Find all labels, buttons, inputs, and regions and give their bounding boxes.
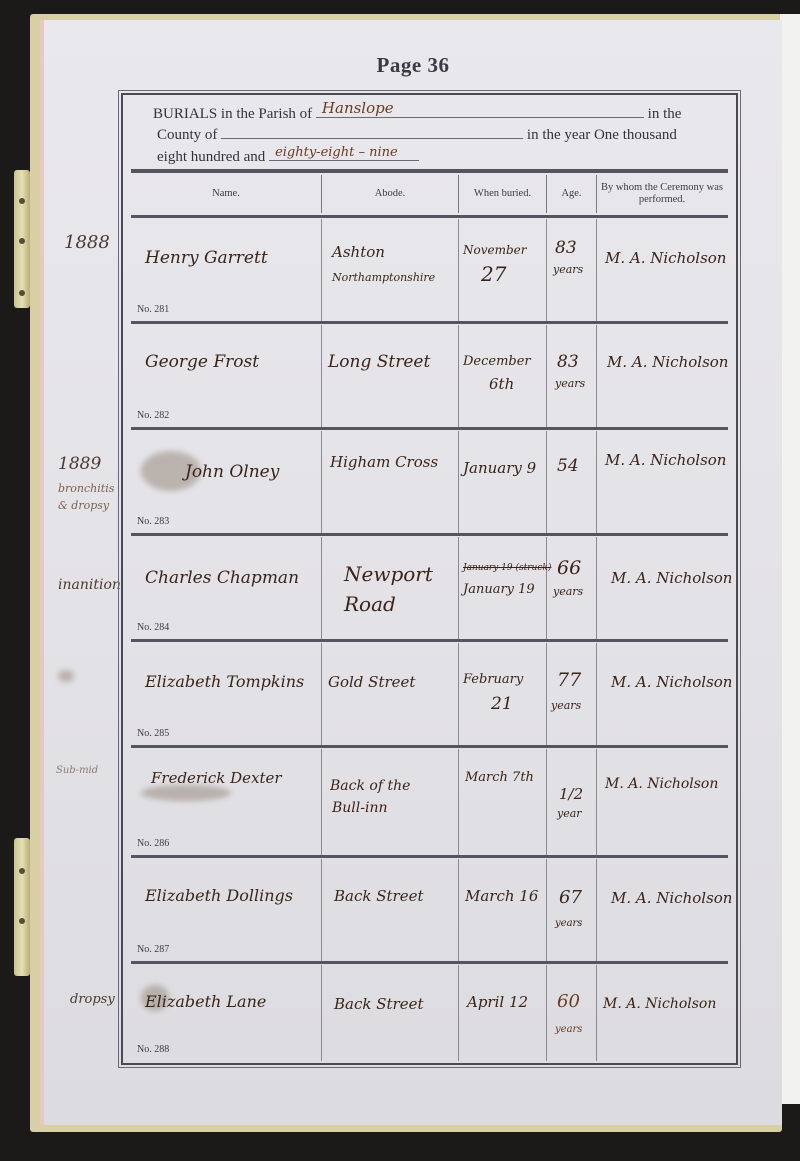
- age-cell: 83 years: [547, 219, 597, 321]
- officiant: M. A. Nicholson: [611, 567, 732, 589]
- age-cell: 54: [547, 431, 597, 533]
- age-cell: 77 years: [547, 643, 597, 745]
- abode-line1: Back of the: [330, 775, 410, 797]
- date-line1: January 9: [463, 457, 536, 479]
- binding-tab-upper: [14, 170, 30, 308]
- when-buried-cell: January 19 (struck) January 19: [459, 537, 547, 639]
- officiant: M. A. Nicholson: [605, 449, 726, 471]
- date-line2: January 19: [463, 579, 535, 601]
- entry-row-281: Henry Garrett No. 281 Ashton Northampton…: [123, 215, 736, 321]
- entry-name: Frederick Dexter: [151, 767, 282, 789]
- name-cell: Frederick Dexter No. 286: [131, 749, 322, 855]
- entry-row-282: George Frost No. 282 Long Street Decembe…: [123, 321, 736, 427]
- age-cell: 60 years: [547, 965, 597, 1061]
- column-header-abode: Abode.: [322, 175, 459, 213]
- officiant: M. A. Nicholson: [605, 773, 718, 795]
- age-line2: years: [555, 913, 582, 935]
- year-field: eighty-eight – nine: [269, 144, 419, 161]
- entry-name: Elizabeth Tompkins: [145, 671, 304, 693]
- abode-cell: Long Street: [322, 325, 459, 427]
- county-field: [221, 122, 523, 139]
- abode-cell: Back Street: [322, 965, 459, 1061]
- officiant-cell: M. A. Nicholson: [597, 325, 727, 427]
- age-line2: years: [553, 581, 583, 603]
- entry-number: No. 287: [137, 944, 169, 955]
- heading-rule: [131, 169, 728, 173]
- age-cell: 1/2 year: [547, 749, 597, 855]
- name-cell: Charles Chapman No. 284: [131, 537, 322, 639]
- date-line1-struck: January 19 (struck): [463, 557, 551, 579]
- when-buried-cell: March 7th: [459, 749, 547, 855]
- officiant: M. A. Nicholson: [605, 247, 726, 269]
- abode-cell: Newport Road: [322, 537, 459, 639]
- officiant-cell: M. A. Nicholson: [597, 537, 727, 639]
- age-cell: 83 years: [547, 325, 597, 427]
- register-heading: BURIALS in the Parish of Hanslope in the…: [123, 95, 736, 169]
- entry-number: No. 281: [137, 304, 169, 315]
- age-line2: years: [553, 259, 583, 281]
- abode-line1: Back Street: [334, 993, 423, 1015]
- date-line1: November: [463, 239, 527, 261]
- officiant-cell: M. A. Nicholson: [597, 749, 727, 855]
- abode-cell: Back of the Bull-inn: [322, 749, 459, 855]
- name-cell: Elizabeth Tompkins No. 285: [131, 643, 322, 745]
- heading-line2-prefix: County of: [157, 127, 217, 143]
- name-cell: Elizabeth Dollings No. 287: [131, 859, 322, 961]
- column-header-name: Name.: [131, 175, 322, 213]
- age-line1: 54: [557, 455, 579, 477]
- date-line2: 27: [481, 263, 506, 285]
- date-line1: March 7th: [465, 767, 534, 789]
- age-line1: 60: [557, 991, 580, 1013]
- entry-row-288: Elizabeth Lane No. 288 Back Street April…: [123, 961, 736, 1061]
- age-line1: 67: [559, 887, 582, 909]
- date-line2: 6th: [489, 373, 514, 395]
- name-cell: Henry Garrett No. 281: [131, 219, 322, 321]
- when-buried-cell: December 6th: [459, 325, 547, 427]
- entry-number: No. 288: [137, 1044, 169, 1055]
- abode-cell: Higham Cross: [322, 431, 459, 533]
- abode-line1: Newport: [344, 563, 433, 585]
- margin-blot: [58, 670, 74, 682]
- when-buried-cell: January 9: [459, 431, 547, 533]
- burial-register-table: BURIALS in the Parish of Hanslope in the…: [121, 93, 738, 1065]
- facing-page-edge: [780, 14, 800, 1104]
- entry-number: No. 284: [137, 622, 169, 633]
- heading-line2-suffix: in the year One thousand: [527, 127, 677, 143]
- column-header-officiant: By whom the Ceremony was performed.: [597, 175, 727, 213]
- age-line1: 66: [557, 557, 581, 579]
- age-line2: years: [555, 373, 585, 395]
- officiant-cell: M. A. Nicholson: [597, 643, 727, 745]
- abode-line2: Road: [344, 593, 396, 615]
- entry-number: No. 282: [137, 410, 169, 421]
- name-cell: George Frost No. 282: [131, 325, 322, 427]
- age-line2: years: [555, 1019, 582, 1041]
- entry-row-287: Elizabeth Dollings No. 287 Back Street M…: [123, 855, 736, 961]
- officiant: M. A. Nicholson: [607, 351, 728, 373]
- abode-line1: Higham Cross: [330, 451, 438, 473]
- officiant-cell: M. A. Nicholson: [597, 431, 727, 533]
- parish-field: Hanslope: [316, 101, 644, 118]
- entry-row-286: Frederick Dexter No. 286 Back of the Bul…: [123, 745, 736, 855]
- when-buried-cell: November 27: [459, 219, 547, 321]
- entry-number: No. 285: [137, 728, 169, 739]
- entry-number: No. 283: [137, 516, 169, 527]
- register-page: Page 36 1888 1889 bronchitis & dropsy in…: [40, 20, 782, 1125]
- abode-line2: Northamptonshire: [332, 267, 435, 289]
- entry-name: Elizabeth Lane: [145, 991, 266, 1013]
- abode-cell: Back Street: [322, 859, 459, 961]
- age-line1: 1/2: [559, 783, 583, 805]
- date-line1: March 16: [465, 885, 538, 907]
- entry-row-284: Charles Chapman No. 284 Newport Road Jan…: [123, 533, 736, 639]
- name-cell: Elizabeth Lane No. 288: [131, 965, 322, 1061]
- year-value: eighty-eight – nine: [275, 145, 398, 160]
- officiant: M. A. Nicholson: [611, 887, 732, 909]
- page-number: Page 36: [44, 53, 782, 78]
- entry-name: George Frost: [145, 351, 259, 373]
- entry-name: Elizabeth Dollings: [145, 885, 293, 907]
- age-line1: 77: [557, 669, 581, 691]
- margin-note-283-cause: bronchitis & dropsy: [58, 480, 120, 514]
- abode-cell: Gold Street: [322, 643, 459, 745]
- date-line1: February: [463, 669, 523, 691]
- age-line2: year: [557, 803, 582, 825]
- entry-name: Henry Garrett: [145, 247, 268, 269]
- when-buried-cell: March 16: [459, 859, 547, 961]
- date-line1: April 12: [467, 991, 528, 1013]
- abode-line1: Long Street: [328, 351, 430, 373]
- entry-name: John Olney: [185, 461, 279, 483]
- officiant-cell: M. A. Nicholson: [597, 859, 727, 961]
- heading-line1-suffix: in the: [648, 106, 682, 122]
- date-line1: December: [463, 351, 531, 373]
- entry-row-283: John Olney No. 283 Higham Cross January …: [123, 427, 736, 533]
- age-line1: 83: [555, 237, 577, 259]
- name-cell: John Olney No. 283: [131, 431, 322, 533]
- abode-line1: Gold Street: [328, 671, 415, 693]
- column-header-age: Age.: [547, 175, 597, 213]
- abode-cell: Ashton Northamptonshire: [322, 219, 459, 321]
- heading-line1-prefix: BURIALS in the Parish of: [153, 106, 312, 122]
- officiant: M. A. Nicholson: [603, 993, 716, 1015]
- heading-line3-prefix: eight hundred and: [157, 149, 265, 165]
- binding-tab-lower: [14, 838, 30, 976]
- age-cell: 66 years: [547, 537, 597, 639]
- abode-line1: Back Street: [334, 885, 423, 907]
- entry-number: No. 286: [137, 838, 169, 849]
- when-buried-cell: February 21: [459, 643, 547, 745]
- age-cell: 67 years: [547, 859, 597, 961]
- abode-line1: Ashton: [332, 241, 385, 263]
- age-line1: 83: [557, 351, 579, 373]
- when-buried-cell: April 12: [459, 965, 547, 1061]
- column-header-when-buried: When buried.: [459, 175, 547, 213]
- age-line2: years: [551, 695, 581, 717]
- officiant: M. A. Nicholson: [611, 671, 732, 693]
- abode-line2: Bull-inn: [332, 797, 388, 819]
- entry-name: Charles Chapman: [145, 567, 299, 589]
- officiant-cell: M. A. Nicholson: [597, 219, 727, 321]
- entry-row-285: Elizabeth Tompkins No. 285 Gold Street F…: [123, 639, 736, 745]
- parish-value: Hanslope: [322, 99, 394, 117]
- officiant-cell: M. A. Nicholson: [597, 965, 727, 1061]
- date-line2: 21: [491, 693, 513, 715]
